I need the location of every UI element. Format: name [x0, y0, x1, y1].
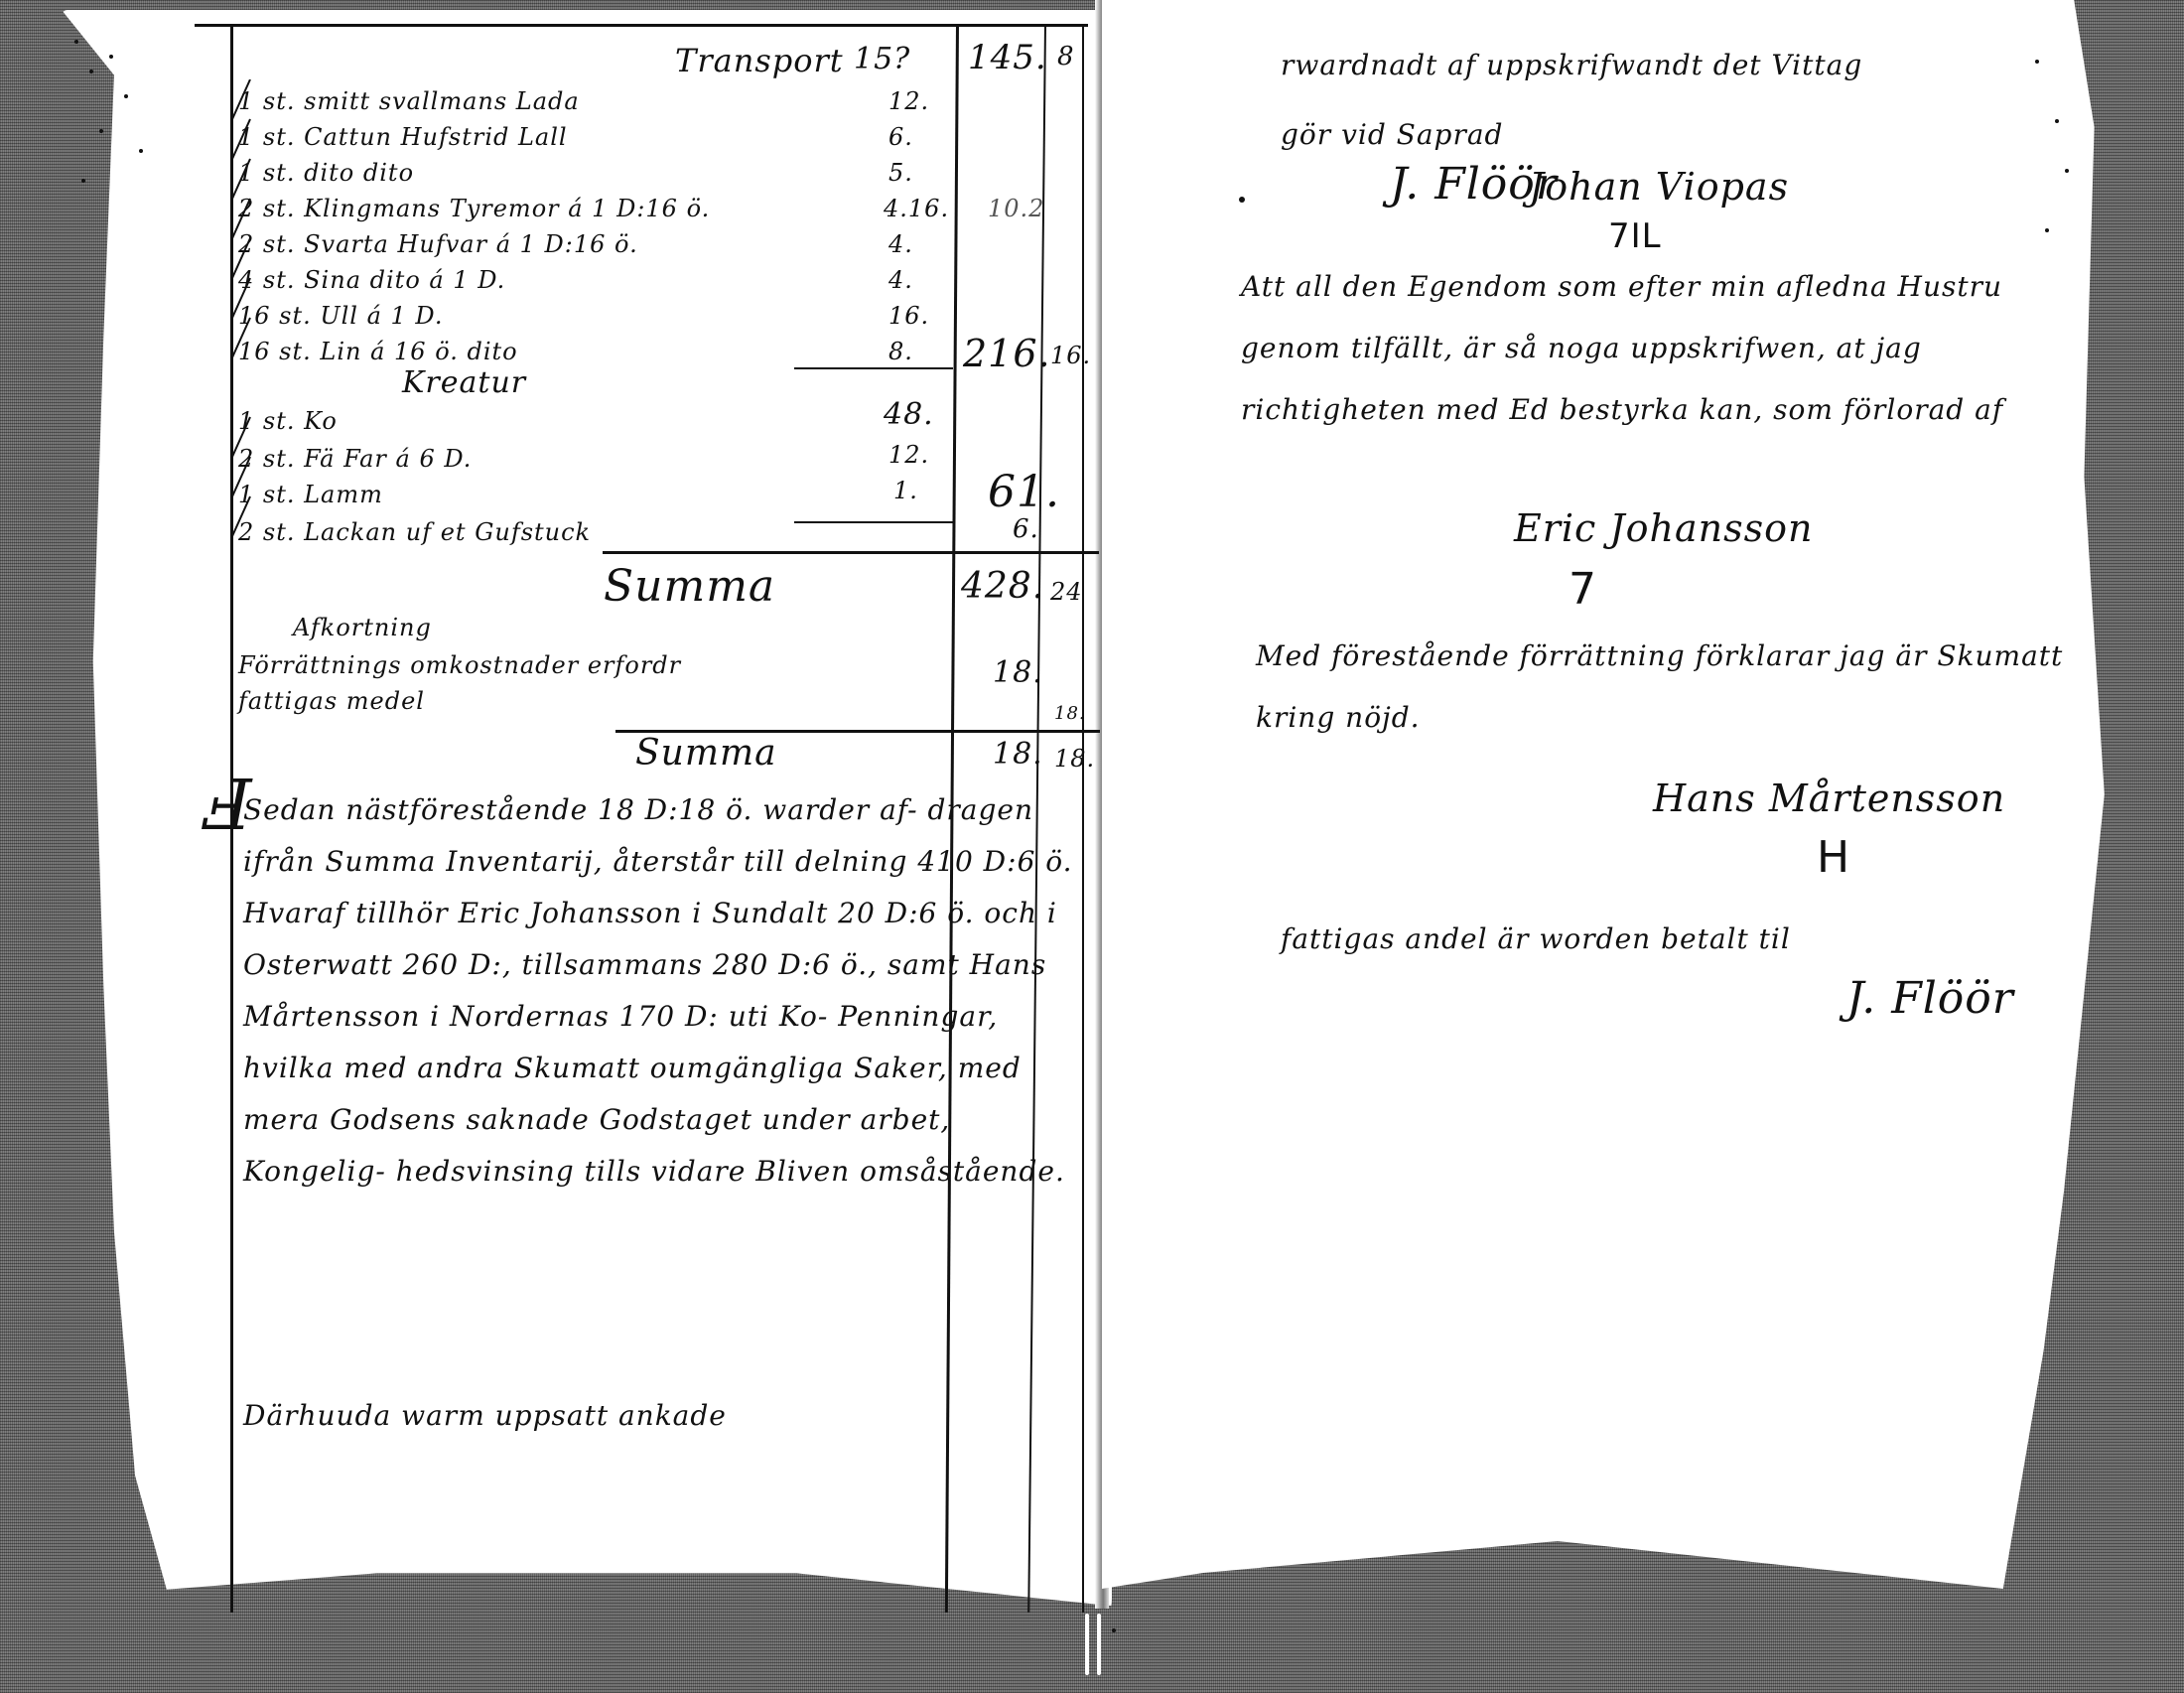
deduction-heading: Afkortning [293, 614, 432, 641]
right-paragraph-2: Med förestående förrättning förklarar ja… [1256, 626, 2090, 749]
livestock-1-amount: 48. [884, 397, 934, 432]
mid-column-note: 10.2 [988, 195, 1044, 222]
item-8-amount: 8. [888, 338, 913, 365]
livestock-3: 1 st. Lamm [238, 481, 383, 508]
livestock-4-amount: 6. [1013, 514, 1039, 544]
item-4-amount: 4.16. [884, 195, 949, 222]
item-6: 4 st. Sina dito á 1 D. [238, 266, 505, 294]
summa-1-value: 428. [961, 566, 1044, 607]
signature-johan: Johan Viopas [1529, 165, 1789, 209]
livestock-4: 2 st. Lackan uf et Gufstuck [238, 518, 591, 546]
top-rule [195, 24, 1088, 27]
item-3: 1 st. dito dito [238, 159, 414, 187]
mark-1: 7IL [1608, 216, 1662, 256]
item-5-amount: 4. [888, 230, 913, 258]
summa-1-label: Summa [604, 561, 775, 612]
right-top-line-1: rwardnadt af uppskrifwandt det Vittag [1281, 40, 2075, 91]
signature-hans: Hans Mårtensson [1653, 776, 2005, 820]
signature-floor-2: J. Flöör [1846, 973, 2014, 1024]
column-top-total: 145. [968, 38, 1047, 77]
livestock-2: 2 st. Fä Far á 6 D. [238, 445, 472, 473]
item-7-amount: 16. [888, 302, 929, 330]
mark-2: 7 [1569, 564, 1597, 615]
item-6-amount: 4. [888, 266, 913, 294]
summa-2-value: 18. [993, 737, 1043, 772]
right-top-line-2: gör vid Saprad [1281, 109, 2075, 161]
deduction-shillings: 18. [1054, 703, 1086, 724]
subtotal-underline-1 [794, 367, 953, 369]
subtotal-1-shillings: 16. [1050, 342, 1091, 369]
left-paragraph-1: Sedan nästförestående 18 D:18 ö. warder … [243, 784, 1087, 1198]
summa-1-shillings: 24 [1050, 578, 1083, 606]
deduction-text-2: fattigas medel [238, 687, 425, 715]
deduction-text-1: Förrättnings omkostnader erfordr [238, 651, 681, 679]
item-7: 16 st. Ull á 1 D. [238, 302, 443, 330]
item-1-amount: 12. [888, 87, 929, 115]
mark-3: H [1817, 832, 1850, 883]
livestock-1: 1 st. Ko [238, 407, 338, 435]
subtotal-1-value: 216. [963, 332, 1051, 375]
livestock-2-amount: 12. [888, 441, 929, 469]
subtotal-underline-2 [794, 521, 953, 523]
summa-2-label: Summa [635, 733, 777, 774]
transport-label: Transport [675, 42, 844, 79]
right-paragraph-3: fattigas andel är worden betalt til [1281, 914, 2095, 965]
item-3-amount: 5. [888, 159, 913, 187]
subtotal-2-value: 61. [988, 467, 1060, 517]
gutter-mark-1 [1085, 1614, 1089, 1675]
deduction-amount: 18. [993, 655, 1043, 690]
item-1: 1 st. smitt svallmans Lada [238, 87, 580, 115]
item-5: 2 st. Svarta Hufvar á 1 D:16 ö. [238, 230, 638, 258]
item-2: 1 st. Cattun Hufstrid Lall [238, 123, 568, 151]
section-heading-kreatur: Kreatur [402, 365, 526, 400]
column-top-shillings: 8 [1057, 42, 1075, 71]
livestock-3-amount: 1. [893, 477, 918, 504]
summa-2-shillings: 18. [1054, 745, 1095, 773]
item-8: 16 st. Lin á 16 ö. dito [238, 338, 518, 365]
transport-value: 15? [854, 42, 910, 76]
right-paragraph-1: Att all den Egendom som efter min afledn… [1241, 256, 2095, 441]
item-2-amount: 6. [888, 123, 913, 151]
left-paragraph-2: Därhuuda warm uppsatt ankade [243, 1390, 1087, 1442]
item-4: 2 st. Klingmans Tyremor á 1 D:16 ö. [238, 195, 710, 222]
signature-eric: Eric Johansson [1514, 506, 1814, 550]
summa-rule-1 [603, 551, 1099, 554]
gutter-mark-2 [1097, 1614, 1101, 1675]
